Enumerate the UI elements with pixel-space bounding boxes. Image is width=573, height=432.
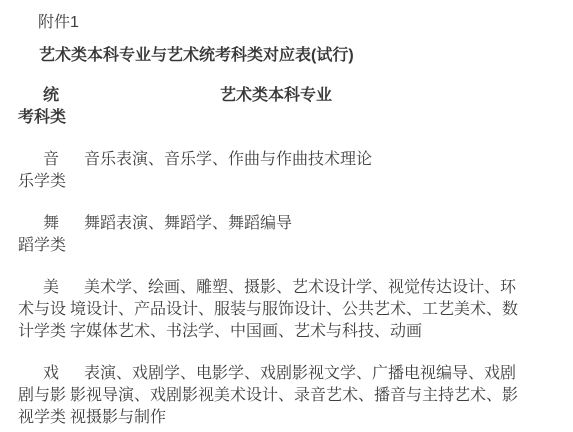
attachment-label: 附件1 — [38, 12, 573, 34]
majors-cell: 音乐表演、音乐学、作曲与作曲技术理论 — [70, 149, 522, 171]
table-header-row: 统考科类 艺术类本科专业 — [18, 85, 573, 129]
exam-category-cell: 音乐学类 — [18, 149, 66, 193]
document-page: 附件1 艺术类本科专业与艺术统考科类对应表(试行) 统考科类 艺术类本科专业 音… — [0, 0, 573, 432]
table-row: 美术与设计学类 美术学、绘画、雕塑、摄影、艺术设计学、视觉传达设计、环境设计、产… — [18, 277, 573, 343]
table-row: 音乐学类 音乐表演、音乐学、作曲与作曲技术理论 — [18, 149, 573, 193]
exam-category-column-header: 统考科类 — [18, 85, 66, 129]
exam-category-cell: 舞蹈学类 — [18, 213, 66, 257]
majors-column-header: 艺术类本科专业 — [70, 85, 522, 107]
exam-category-cell: 戏剧与影视学类 — [18, 363, 66, 429]
table-row: 戏剧与影视学类 表演、戏剧学、电影学、戏剧影视文学、广播电视编导、戏剧影视导演、… — [18, 363, 573, 429]
majors-cell: 表演、戏剧学、电影学、戏剧影视文学、广播电视编导、戏剧影视导演、戏剧影视美术设计… — [70, 363, 522, 429]
document-title: 艺术类本科专业与艺术统考科类对应表(试行) — [39, 45, 573, 67]
majors-cell: 舞蹈表演、舞蹈学、舞蹈编导 — [70, 213, 522, 235]
exam-category-cell: 美术与设计学类 — [18, 277, 66, 343]
correspondence-table: 统考科类 艺术类本科专业 音乐学类 音乐表演、音乐学、作曲与作曲技术理论 舞蹈学… — [18, 85, 573, 429]
table-row: 舞蹈学类 舞蹈表演、舞蹈学、舞蹈编导 — [18, 213, 573, 257]
majors-cell: 美术学、绘画、雕塑、摄影、艺术设计学、视觉传达设计、环境设计、产品设计、服装与服… — [70, 277, 522, 343]
